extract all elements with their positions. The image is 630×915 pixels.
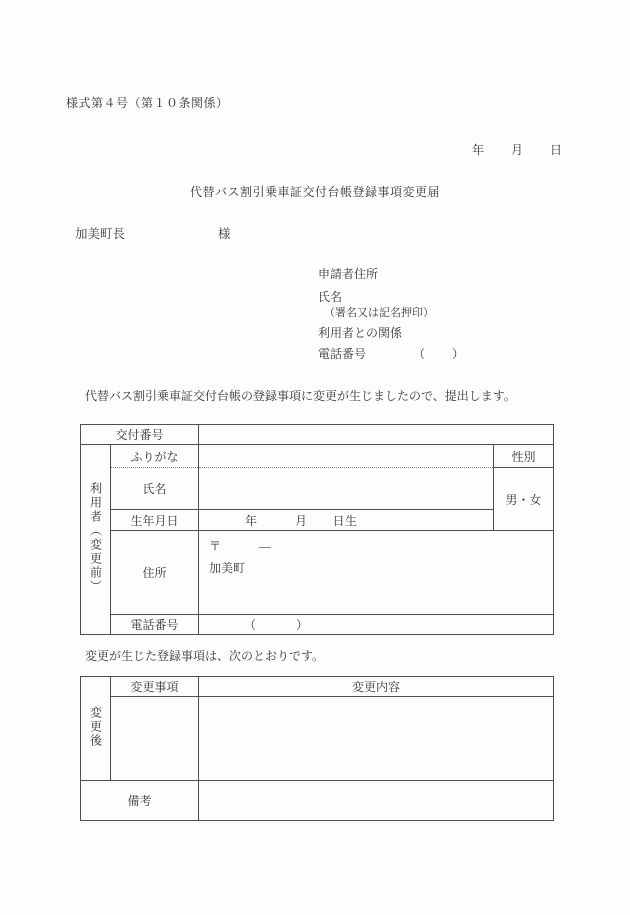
change-item-header: 変更事項 xyxy=(111,677,199,697)
table-row: 利用者（変更前） ふりがな 性別 xyxy=(81,445,554,468)
birthdate-label: 生年月日 xyxy=(111,510,199,531)
phone-value: （ ） xyxy=(199,615,554,635)
remarks-value-cell xyxy=(199,781,554,821)
table-row: 交付番号 xyxy=(81,425,554,445)
applicant-phone-label: 電話番号 xyxy=(318,345,366,362)
applicant-relation-label: 利用者との関係 xyxy=(318,324,402,341)
change-table: 変更後 変更事項 変更内容 備考 xyxy=(80,676,554,821)
user-info-table: 交付番号 利用者（変更前） ふりがな 性別 氏名 男・女 生年月日 年 月 日生… xyxy=(80,424,554,635)
address-value-cell: 〒 ― 加美町 xyxy=(199,531,554,615)
sex-value: 男・女 xyxy=(494,468,554,531)
body-text: 代替バス割引乗車証交付台帳の登録事項に変更が生じましたので、提出します。 xyxy=(85,387,516,404)
form-number: 様式第４号（第１０条関係） xyxy=(66,94,229,111)
birthdate-value: 年 月 日生 xyxy=(199,510,494,531)
remarks-label: 備考 xyxy=(81,781,199,821)
change-content-header: 変更内容 xyxy=(199,677,554,697)
date-line: 年 月 日 xyxy=(472,141,563,158)
addressee-honorific: 様 xyxy=(218,224,231,242)
table-row: 生年月日 年 月 日生 xyxy=(81,510,554,531)
phone-label: 電話番号 xyxy=(111,615,199,635)
applicant-name-label: 氏名 xyxy=(318,288,342,305)
applicant-phone-value: （ ） xyxy=(413,345,465,362)
user-group-label: 利用者（変更前） xyxy=(81,445,111,635)
applicant-address-label: 申請者住所 xyxy=(318,265,378,282)
address-postal: 〒 ― xyxy=(209,537,553,554)
furigana-value-cell xyxy=(199,445,494,468)
issue-number-label: 交付番号 xyxy=(81,425,199,445)
table-row: 氏名 男・女 xyxy=(81,468,554,510)
table-row: 電話番号 （ ） xyxy=(81,615,554,635)
table-row: 住所 〒 ― 加美町 xyxy=(81,531,554,615)
change-item-cell xyxy=(111,697,199,781)
document-page: 様式第４号（第１０条関係） 年 月 日 代替バス割引乗車証交付台帳登録事項変更届… xyxy=(0,0,630,915)
table-row xyxy=(81,697,554,781)
table-row: 変更後 変更事項 変更内容 xyxy=(81,677,554,697)
addressee-name: 加美町長 xyxy=(75,224,125,242)
table-row: 備考 xyxy=(81,781,554,821)
issue-number-value-cell xyxy=(199,425,554,445)
address-label: 住所 xyxy=(111,531,199,615)
section2-text: 変更が生じた登録事項は、次のとおりです。 xyxy=(85,647,324,664)
sex-label: 性別 xyxy=(494,445,554,468)
applicant-name-note: （署名又は記名押印） xyxy=(324,304,434,320)
name-value-cell xyxy=(199,468,494,510)
name-label: 氏名 xyxy=(111,468,199,510)
change-content-cell xyxy=(199,697,554,781)
furigana-label: ふりがな xyxy=(111,445,199,468)
address-town: 加美町 xyxy=(209,559,553,576)
change-group-label: 変更後 xyxy=(81,677,111,781)
page-title: 代替バス割引乗車証交付台帳登録事項変更届 xyxy=(0,183,630,200)
